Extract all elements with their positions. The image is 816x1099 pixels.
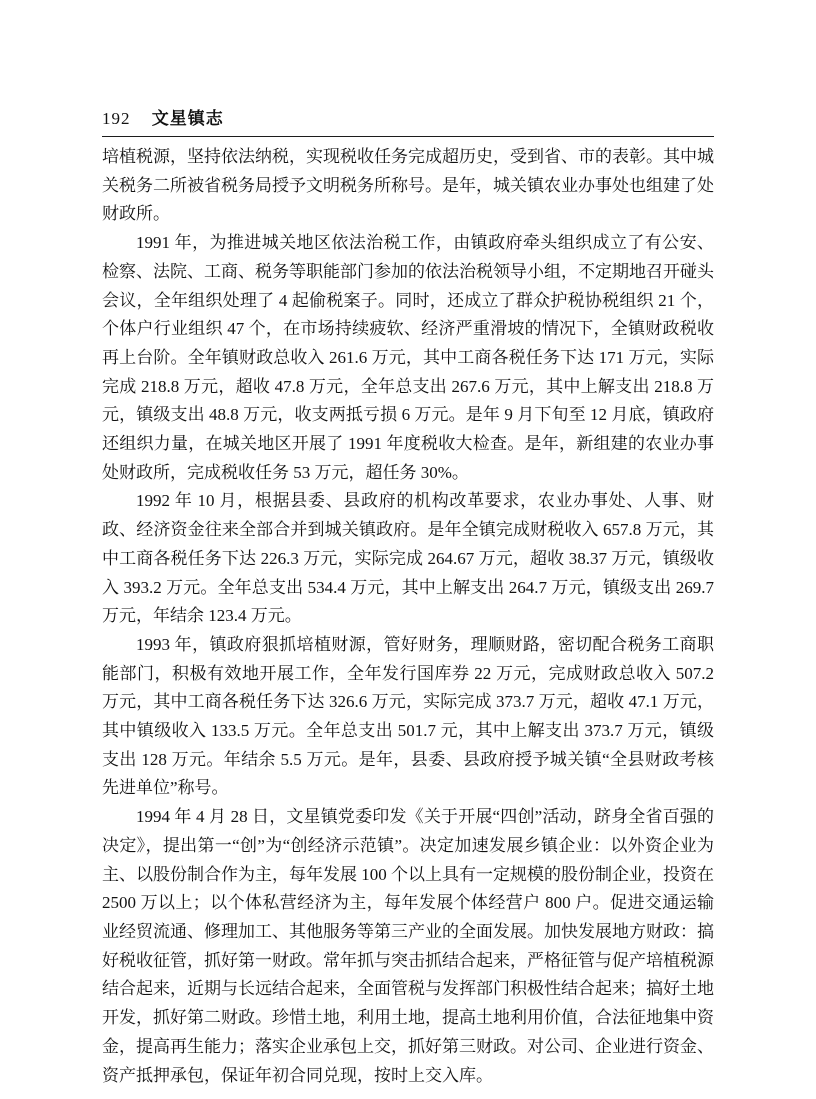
paragraph: 1991 年，为推进城关地区依法治税工作，由镇政府牵头组织成立了有公安、检察、法… [102, 229, 714, 487]
page-header: 192 文星镇志 [102, 109, 714, 137]
book-title: 文星镇志 [152, 109, 224, 128]
paragraph: 培植税源，坚持依法纳税，实现税收任务完成超历史，受到省、市的表彰。其中城关税务二… [102, 143, 714, 229]
paragraph: 1992 年 10 月，根据县委、县政府的机构改革要求，农业办事处、人事、财政、… [102, 487, 714, 631]
paragraph: 1993 年，镇政府狠抓培植财源，管好财务，理顺财路，密切配合税务工商职能部门，… [102, 631, 714, 803]
book-page: 192 文星镇志 培植税源，坚持依法纳税，实现税收任务完成超历史，受到省、市的表… [0, 0, 816, 1099]
paragraph: 1994 年 4 月 28 日，文星镇党委印发《关于开展“四创”活动，跻身全省百… [102, 803, 714, 1090]
page-number: 192 [102, 109, 131, 128]
page-body: 培植税源，坚持依法纳税，实现税收任务完成超历史，受到省、市的表彰。其中城关税务二… [102, 143, 714, 1090]
